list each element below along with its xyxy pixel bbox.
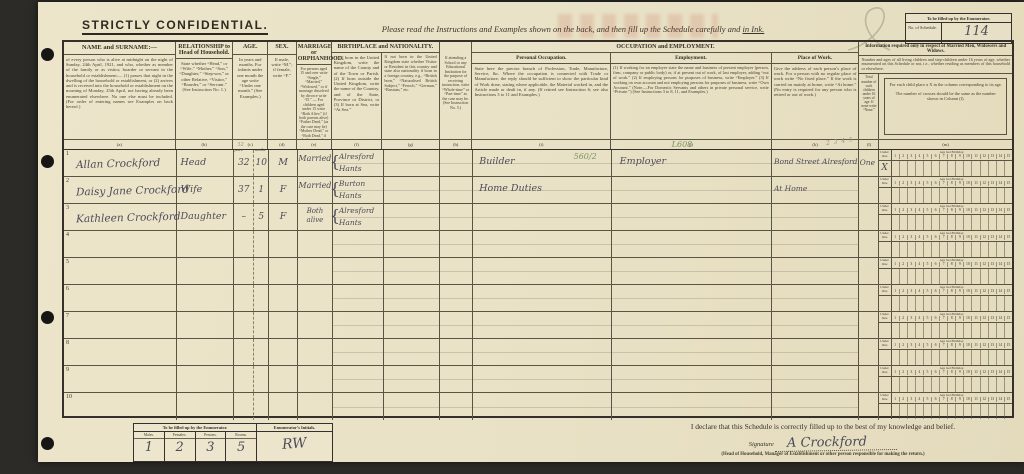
- age-cell-10: [964, 323, 972, 338]
- age-number: 6: [932, 235, 940, 240]
- employment-cell: [612, 339, 772, 365]
- sex-cell: F: [269, 204, 298, 230]
- age-cell-13: [989, 377, 997, 392]
- age-number: 5: [924, 289, 932, 294]
- age-number: 12: [981, 181, 989, 186]
- age-cell-2: [900, 269, 908, 284]
- col-birthplace-desc: (1) If born in the United Kingdom, write…: [332, 53, 382, 139]
- handwritten-occupation: Builder: [479, 156, 514, 167]
- handwritten-birthplace: Hants: [339, 190, 383, 202]
- age-header-area: Age last Birthday.123456789101112131415: [892, 285, 1012, 295]
- employment-cell: [612, 285, 772, 311]
- col-education-desc: If attending a School or any Educational…: [440, 42, 472, 139]
- age-cell-4: [916, 161, 924, 176]
- age-cell-8: [948, 215, 956, 230]
- age-cell-14: [997, 215, 1005, 230]
- green-employment-code: L608: [672, 140, 693, 149]
- row-number: 9: [66, 367, 69, 373]
- age-number: 10: [964, 343, 972, 348]
- age-header-area: Age last Birthday.123456789101112131415: [892, 393, 1012, 403]
- age-cell-10: [964, 350, 972, 365]
- col-relationship-desc: State whether “Head,” or “Wife,” “Mother…: [176, 59, 232, 139]
- age-cell-15: [1005, 269, 1012, 284]
- age-split: [234, 258, 268, 284]
- under-one-header: UnderOne: [879, 231, 892, 241]
- age-cell-2: [900, 323, 908, 338]
- age-number: 5: [924, 370, 932, 375]
- education-cell: [440, 312, 473, 338]
- marriage-lines: Married: [298, 150, 332, 163]
- age-number: 8: [948, 397, 956, 402]
- employment-cell: [612, 204, 772, 230]
- under-one-cell: [879, 377, 892, 392]
- handwritten-occupation: Home Duties: [479, 183, 542, 194]
- punch-hole: [41, 48, 54, 61]
- age-years-cell: [234, 285, 254, 311]
- table-row: 9UnderOneAge last Birthday.1234567891011…: [64, 366, 1012, 393]
- grid-header: UnderOneAge last Birthday.12345678910111…: [879, 258, 1012, 269]
- age-number: 12: [981, 316, 989, 321]
- age-cell-3: [908, 188, 916, 203]
- age-cell-6: [932, 323, 940, 338]
- col-name-desc: of every person who is alive at midnight…: [64, 55, 175, 139]
- age-cell-7: [940, 161, 948, 176]
- relationship-cell: [177, 312, 235, 338]
- age-number: 10: [964, 181, 972, 186]
- age-cell-2: [900, 350, 908, 365]
- place-of-work-cell: Bond Street Alresford2 3 4 5: [772, 150, 859, 176]
- age-cell-8: [948, 350, 956, 365]
- children-age-grid: UnderOneAge last Birthday.12345678910111…: [879, 231, 1012, 257]
- nationality-cell: [384, 204, 441, 230]
- age-cell: [234, 366, 269, 392]
- age-number: 13: [989, 370, 997, 375]
- age-number: 3: [908, 181, 916, 186]
- age-cell-3: [908, 350, 916, 365]
- age-number: 4: [916, 262, 924, 267]
- age-header-area: Age last Birthday.123456789101112131415: [892, 204, 1012, 214]
- age-cell-4: [916, 188, 924, 203]
- age-number: 10: [964, 397, 972, 402]
- birthplace-cell: {AlresfordHants: [333, 150, 384, 176]
- age-number: 2: [900, 235, 908, 240]
- age-cell-7: [940, 215, 948, 230]
- age-number: 7: [940, 154, 948, 159]
- grid-header: UnderOneAge last Birthday.12345678910111…: [879, 285, 1012, 296]
- age-number: 15: [1005, 208, 1012, 213]
- age-number: 8: [948, 343, 956, 348]
- age-number: 6: [932, 262, 940, 267]
- age-split: 323210: [234, 150, 268, 176]
- under-one-header: UnderOne: [879, 177, 892, 187]
- nationality-cell: [384, 150, 441, 176]
- place-of-work-cell: [772, 366, 859, 392]
- age-cell: [234, 231, 269, 257]
- age-cell-11: [972, 350, 980, 365]
- age-number: 9: [956, 289, 964, 294]
- age-header-area: Age last Birthday.123456789101112131415: [892, 366, 1012, 376]
- age-number: 9: [956, 208, 964, 213]
- age-cell-11: [972, 188, 980, 203]
- males-label: Males.: [134, 432, 164, 439]
- age-number: 9: [956, 262, 964, 267]
- age-number: 10: [964, 289, 972, 294]
- age-cell: [234, 258, 269, 284]
- age-number: 15: [1005, 289, 1012, 294]
- age-number: 7: [940, 370, 948, 375]
- age-cell-15: [1005, 242, 1012, 257]
- age-cell-4: [916, 350, 924, 365]
- age-cell-13: [989, 215, 997, 230]
- age-cell-12: [981, 161, 989, 176]
- under-one-header: UnderOne: [879, 339, 892, 349]
- age-number: 3: [908, 343, 916, 348]
- age-cell-6: [932, 161, 940, 176]
- instruction-emphasis: in Ink.: [743, 24, 765, 34]
- children-age-grid: UnderOneAge last Birthday.12345678910111…: [879, 177, 1012, 203]
- grid-header: UnderOneAge last Birthday.12345678910111…: [879, 231, 1012, 242]
- age-number: 13: [989, 235, 997, 240]
- age-cell-1: [892, 161, 900, 176]
- sex-cell: [269, 366, 298, 392]
- age-cell-13: [989, 296, 997, 311]
- row-number: 4: [66, 232, 69, 238]
- age-number: 5: [924, 208, 932, 213]
- marriage-cell: Married: [298, 150, 333, 176]
- age-cell-9: [956, 269, 964, 284]
- age-numbers: 123456789101112131415: [892, 370, 1012, 375]
- age-number: 8: [948, 370, 956, 375]
- age-cell-2: [900, 215, 908, 230]
- age-cell-10: [964, 296, 972, 311]
- age-number: 11: [972, 208, 980, 213]
- age-cell-1: [892, 215, 900, 230]
- children-age-grid: UnderOneAge last Birthday.12345678910111…: [879, 393, 1012, 420]
- handwritten-age-years: 32: [238, 158, 249, 168]
- age-number: 15: [1005, 181, 1012, 186]
- marriage-lines: Married: [298, 177, 332, 190]
- under-one-header: UnderOne: [879, 312, 892, 322]
- row-number: 7: [66, 313, 69, 319]
- age-cell-9: [956, 161, 964, 176]
- col-name-letter: (a): [64, 139, 175, 149]
- grid-instruction-1: For each child place a X in the column c…: [889, 82, 1002, 88]
- screenshot-root: { "colors": { "paper":"#e9e1c5", "print_…: [0, 0, 1024, 474]
- age-cell-1: [892, 242, 900, 257]
- marriage-cell: [298, 393, 333, 420]
- age-number: 4: [916, 316, 924, 321]
- age-number: 14: [997, 397, 1005, 402]
- age-cell-14: [997, 242, 1005, 257]
- age-cell-5: [924, 377, 932, 392]
- age-cell-1: [892, 323, 900, 338]
- age-number: 6: [932, 154, 940, 159]
- age-cell-10: [964, 404, 972, 419]
- under-one-cell: [879, 323, 892, 338]
- age-number: 3: [908, 208, 916, 213]
- age-split: [234, 285, 268, 311]
- occupation-cell: [473, 285, 611, 311]
- ink-brace: {: [330, 152, 340, 171]
- age-cell-10: [964, 242, 972, 257]
- col-group-children: Information required only in respect of …: [859, 42, 1012, 149]
- age-cell-9: [956, 377, 964, 392]
- age-number: 15: [1005, 397, 1012, 402]
- age-cell-10: [964, 188, 972, 203]
- nationality-cell: [384, 312, 441, 338]
- age-number: 8: [948, 262, 956, 267]
- age-cell-9: [956, 323, 964, 338]
- employment-cell: [612, 312, 772, 338]
- name-cell: 3Kathleen Crockford: [64, 204, 177, 230]
- nationality-cell: [384, 285, 441, 311]
- place-of-work-cell: [772, 231, 859, 257]
- grid-cells: [879, 269, 1012, 284]
- enumerator-initials: RW: [256, 429, 333, 463]
- table-row: 5UnderOneAge last Birthday.1234567891011…: [64, 258, 1012, 285]
- age-number: 13: [989, 397, 997, 402]
- name-cell: 9: [64, 366, 177, 392]
- grid-header: UnderOneAge last Birthday.12345678910111…: [879, 339, 1012, 350]
- age-number: 7: [940, 262, 948, 267]
- children-age-grid: UnderOneAge last Birthday.12345678910111…: [879, 285, 1012, 311]
- age-years-cell: [234, 339, 254, 365]
- persons-value: 3: [196, 439, 226, 461]
- age-number: 1: [892, 397, 900, 402]
- age-cell-8: [948, 242, 956, 257]
- age-number: 13: [989, 343, 997, 348]
- age-months-cell: 5: [254, 204, 268, 230]
- age-number: 7: [940, 289, 948, 294]
- age-number: 4: [916, 370, 924, 375]
- age-cell-10: [964, 377, 972, 392]
- col-group-occupation: OCCUPATION and EMPLOYMENT. Personal Occu…: [472, 42, 859, 149]
- col-occupation-desc: State here the precise branch of Profess…: [472, 64, 610, 139]
- age-number: 2: [900, 289, 908, 294]
- one-label: One: [879, 236, 891, 240]
- name-cell: 8: [64, 339, 177, 365]
- place-of-work-cell: [772, 339, 859, 365]
- census-form-paper: STRICTLY CONFIDENTIAL. Please read the I…: [38, 2, 1024, 462]
- census-table: NAME and SURNAME:— of every person who i…: [62, 40, 1014, 418]
- age-cell-9: [956, 350, 964, 365]
- age-number: 2: [900, 370, 908, 375]
- occupation-group-title: OCCUPATION and EMPLOYMENT.: [472, 42, 858, 53]
- age-cell-4: [916, 377, 924, 392]
- age-cell-9: [956, 296, 964, 311]
- age-cell-6: [932, 242, 940, 257]
- col-occupation-letter: (i): [472, 139, 610, 149]
- age-cell-11: [972, 377, 980, 392]
- name-cell: 1Allan Crockford: [64, 150, 177, 176]
- occupation-cell: [473, 231, 611, 257]
- age-split: 371: [234, 177, 268, 203]
- age-number: 7: [940, 208, 948, 213]
- children-total-cell: [859, 312, 879, 338]
- age-number: 6: [932, 343, 940, 348]
- grid-cells: [879, 215, 1012, 230]
- under-one-cell: [879, 188, 892, 203]
- age-cell-13: [989, 404, 997, 419]
- age-header-area: Age last Birthday.123456789101112131415: [892, 339, 1012, 349]
- age-number: 12: [981, 235, 989, 240]
- signature-note: (Head of Household, Manager of Establish…: [623, 452, 1023, 457]
- handwritten-marriage: Both: [298, 207, 332, 216]
- employment-cell: [612, 258, 772, 284]
- age-cell: –5: [234, 204, 269, 230]
- age-number: 10: [964, 262, 972, 267]
- age-number: 11: [972, 181, 980, 186]
- table-row: 7UnderOneAge last Birthday.1234567891011…: [64, 312, 1012, 339]
- age-years-cell: [234, 312, 254, 338]
- declaration: I declare that this Schedule is correctl…: [623, 422, 1023, 457]
- age-cell-8: [948, 269, 956, 284]
- col-sex: SEX. If male, write “M.”; if female, wri…: [268, 42, 297, 149]
- age-header-area: Age last Birthday.123456789101112131415: [892, 258, 1012, 268]
- col-age-title: AGE.: [233, 42, 267, 55]
- age-cell: [234, 339, 269, 365]
- age-months-cell: [254, 366, 268, 392]
- under-one-cell: [879, 296, 892, 311]
- age-cell-5: [924, 350, 932, 365]
- age-number: 4: [916, 181, 924, 186]
- age-number: 8: [948, 316, 956, 321]
- table-row: 1Allan CrockfordHead323210MMarried{Alres…: [64, 150, 1012, 177]
- age-cell-13: [989, 188, 997, 203]
- col-marriage: MARRIAGE or ORPHANHOOD. For persons aged…: [297, 42, 332, 149]
- age-numbers: 123456789101112131415: [892, 154, 1012, 159]
- age-cell-1: [892, 269, 900, 284]
- children-total-cell: [859, 204, 879, 230]
- age-months-cell: 10: [254, 150, 268, 176]
- punch-hole: [41, 155, 54, 168]
- age-number: 13: [989, 208, 997, 213]
- education-cell: [440, 285, 473, 311]
- age-number: 6: [932, 370, 940, 375]
- age-header-area: Age last Birthday.123456789101112131415: [892, 231, 1012, 241]
- rooms-label: Rooms.: [226, 432, 256, 439]
- age-cell-7: [940, 323, 948, 338]
- row-number: 5: [66, 259, 69, 265]
- age-number: 9: [956, 397, 964, 402]
- relationship-cell: Head: [177, 150, 235, 176]
- birthplace-cell: [333, 312, 384, 338]
- col-sex-desc: If male, write “M.”; if female, write “F…: [268, 55, 296, 139]
- name-cell: 5: [64, 258, 177, 284]
- age-header-area: Age last Birthday.123456789101112131415: [892, 312, 1012, 322]
- handwritten-birthplace: Alresford: [339, 205, 383, 217]
- age-cell-12: [981, 242, 989, 257]
- education-cell: [440, 177, 473, 203]
- under-one-cell: [879, 350, 892, 365]
- children-total-cell: [859, 177, 879, 203]
- age-number: 3: [908, 397, 916, 402]
- place-of-work-cell: [772, 312, 859, 338]
- age-number: 4: [916, 397, 924, 402]
- enumerator-box-title: To be filled up by the Enumerator.: [134, 424, 256, 432]
- birthplace-cell: [333, 393, 384, 420]
- age-number: 1: [892, 316, 900, 321]
- employment-cell: [612, 177, 772, 203]
- age-cell-14: [997, 296, 1005, 311]
- age-cell-6: [932, 377, 940, 392]
- col-relationship-title: RELATIONSHIP to Head of Household.: [176, 42, 232, 59]
- handwritten-sex: M: [269, 150, 297, 175]
- table-row: 8UnderOneAge last Birthday.1234567891011…: [64, 339, 1012, 366]
- sex-cell: [269, 258, 298, 284]
- signature-handwritten: A Crockford: [775, 434, 897, 452]
- grid-cells: [879, 188, 1012, 203]
- age-number: 1: [892, 289, 900, 294]
- occupation-cell: Builder560/2: [473, 150, 611, 176]
- birthplace-cell: {BurtonHants: [333, 177, 384, 203]
- handwritten-name: Daisy Jane Crockford: [76, 184, 189, 199]
- age-cell-12: [981, 323, 989, 338]
- age-number: 10: [964, 370, 972, 375]
- age-number: 13: [989, 262, 997, 267]
- age-cell-12: [981, 296, 989, 311]
- employment-cell: [612, 231, 772, 257]
- age-number: 15: [1005, 262, 1012, 267]
- children-age-grid: UnderOneAge last Birthday.12345678910111…: [879, 204, 1012, 230]
- age-cell-9: [956, 188, 964, 203]
- education-cell: [440, 150, 473, 176]
- age-cell-11: [972, 296, 980, 311]
- education-cell: [440, 258, 473, 284]
- confidential-heading: STRICTLY CONFIDENTIAL.: [82, 18, 268, 35]
- marriage-cell: [298, 312, 333, 338]
- age-number: 1: [892, 343, 900, 348]
- age-number: 6: [932, 397, 940, 402]
- children-grid-instructions: For each child place a X in the column c…: [879, 74, 1012, 139]
- grid-header: UnderOneAge last Birthday.12345678910111…: [879, 393, 1012, 404]
- age-number: 15: [1005, 154, 1012, 159]
- place-of-work-cell: [772, 285, 859, 311]
- age-number: 7: [940, 235, 948, 240]
- age-number: 4: [916, 289, 924, 294]
- col-age-desc: In years and months. For infants under o…: [233, 55, 267, 139]
- age-cell-15: [1005, 296, 1012, 311]
- place-of-work-cell: [772, 393, 859, 420]
- age-cell-14: [997, 377, 1005, 392]
- age-number: 6: [932, 181, 940, 186]
- age-cell-5: [924, 161, 932, 176]
- handwritten-sex: F: [269, 204, 297, 229]
- children-total-cell: [859, 339, 879, 365]
- occupation-cell: [473, 339, 611, 365]
- col-children-total-desc: Total number of such children under 16 y…: [859, 74, 879, 139]
- age-cell-5: [924, 323, 932, 338]
- one-label: One: [879, 155, 891, 159]
- birthplace-cell: [333, 339, 384, 365]
- age-cell-13: [989, 323, 997, 338]
- age-cell-13: [989, 269, 997, 284]
- schedule-box-title: To be filled up by the Enumerator.: [906, 14, 1011, 23]
- age-cell-6: [932, 404, 940, 419]
- col-employment-desc: (1) If working for an employer state the…: [611, 64, 771, 139]
- marriage-cell: [298, 339, 333, 365]
- handwritten-age-years: 37: [238, 185, 249, 195]
- one-label: One: [879, 344, 891, 348]
- handwritten-birthplace: Hants: [339, 217, 383, 229]
- one-label: One: [879, 398, 891, 402]
- age-number: 7: [940, 397, 948, 402]
- age-number: 5: [924, 343, 932, 348]
- ink-brace: {: [330, 206, 340, 225]
- age-cell-8: [948, 377, 956, 392]
- age-months-cell: 1: [254, 177, 268, 203]
- age-number: 11: [972, 397, 980, 402]
